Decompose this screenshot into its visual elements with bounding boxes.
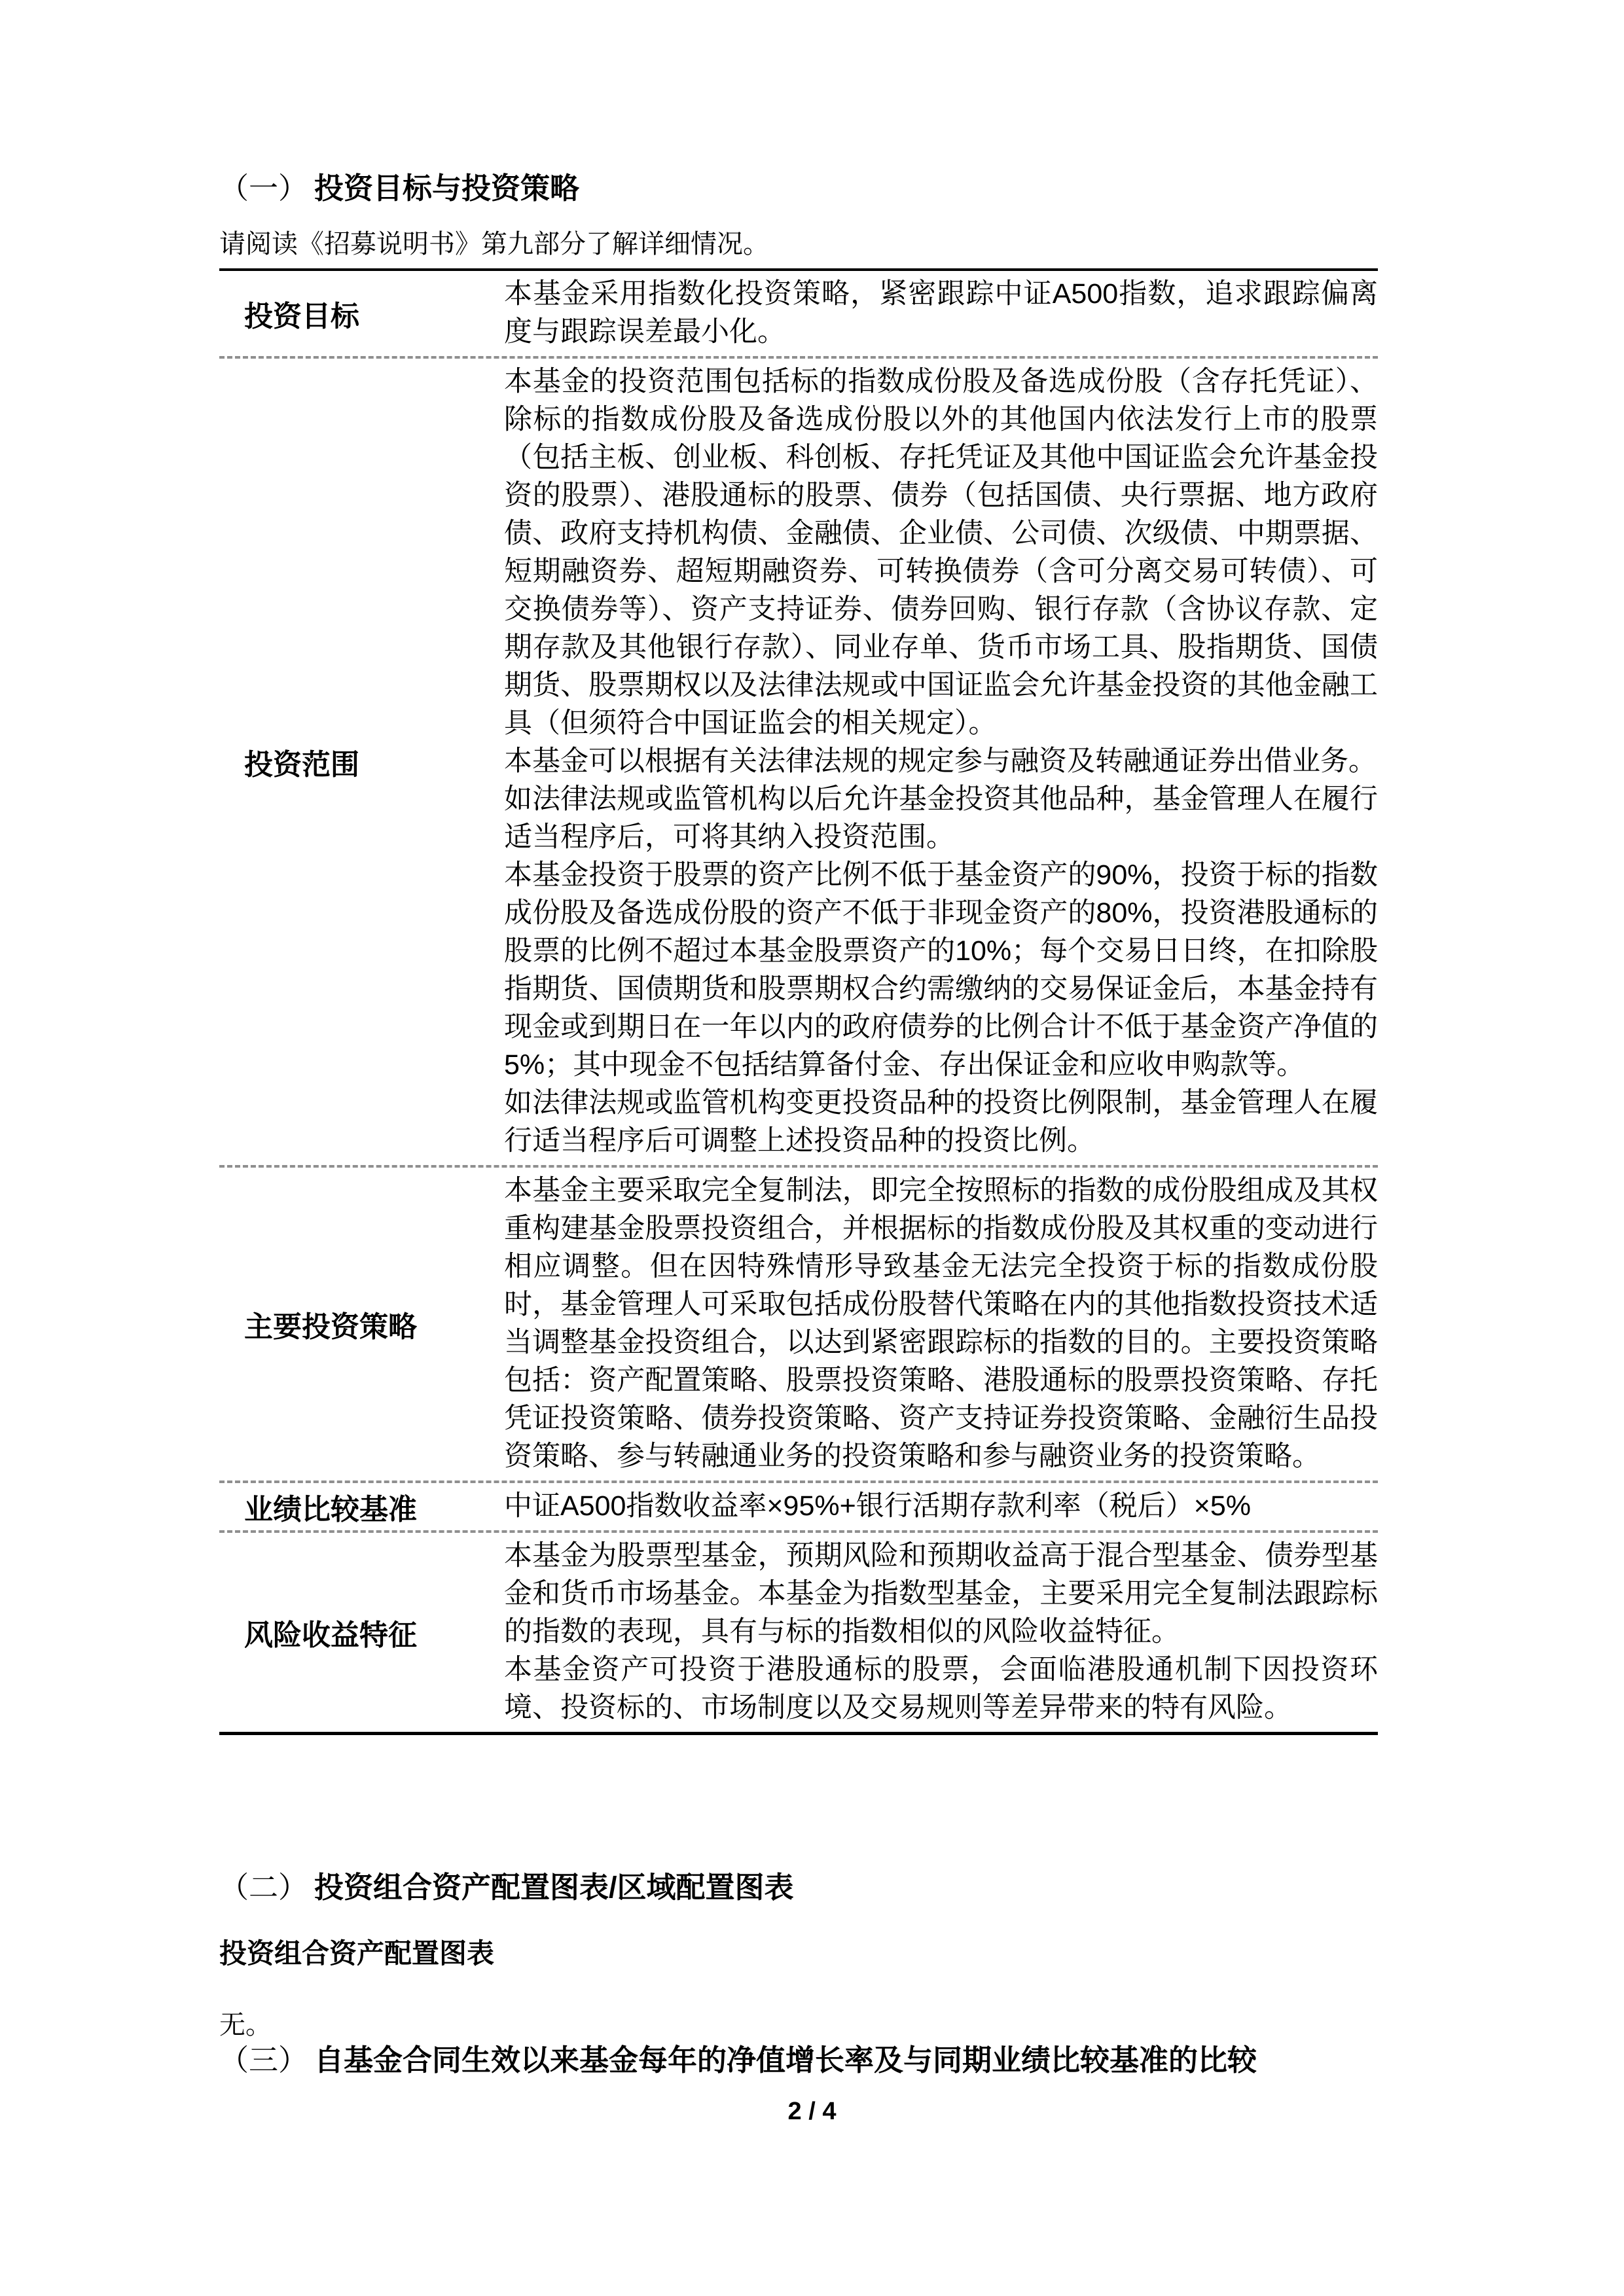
document-page: （一）投资目标与投资策略 请阅读《招募说明书》第九部分了解详细情况。 投资目标 … <box>0 0 1624 2296</box>
section-two-number: （二） <box>219 1871 308 1904</box>
row-content: 本基金采用指数化投资策略，紧密跟踪中证A500指数，追求跟踪偏离度与跟踪误差最小… <box>504 271 1378 356</box>
portfolio-allocation-body: 无。 <box>219 2004 272 2041</box>
table-row-risk-return-profile: 风险收益特征 本基金为股票型基金，预期风险和预期收益高于混合型基金、债券型基金和… <box>219 1530 1378 1732</box>
row-content: 中证A500指数收益率×95%+银行活期存款利率（税后）×5% <box>504 1483 1378 1530</box>
fund-info-table: 投资目标 本基金采用指数化投资策略，紧密跟踪中证A500指数，追求跟踪偏离度与跟… <box>219 268 1378 1735</box>
section-two-title: 投资组合资产配置图表/区域配置图表 <box>314 1871 794 1904</box>
section-two-heading: （二）投资组合资产配置图表/区域配置图表 <box>219 1871 794 1905</box>
paragraph: 本基金的投资范围包括标的指数成份股及备选成份股（含存托凭证）、除标的指数成份股及… <box>504 363 1378 742</box>
section-three-heading: （三）自基金合同生效以来基金每年的净值增长率及与同期业绩比较基准的比较 <box>219 2043 1257 2077</box>
row-label: 投资范围 <box>219 359 504 1165</box>
paragraph: 本基金采用指数化投资策略，紧密跟踪中证A500指数，追求跟踪偏离度与跟踪误差最小… <box>504 275 1378 351</box>
prospectus-note: 请阅读《招募说明书》第九部分了解详细情况。 <box>219 228 769 260</box>
section-three-number: （三） <box>219 2043 308 2077</box>
row-label: 风险收益特征 <box>219 1533 504 1732</box>
paragraph: 本基金资产可投资于港股通标的股票，会面临港股通机制下因投资环境、投资标的、市场制… <box>504 1651 1378 1727</box>
table-row-investment-scope: 投资范围 本基金的投资范围包括标的指数成份股及备选成份股（含存托凭证）、除标的指… <box>219 356 1378 1165</box>
paragraph: 本基金可以根据有关法律法规的规定参与融资及转融通证券出借业务。 <box>504 742 1378 780</box>
portfolio-allocation-subheading: 投资组合资产配置图表 <box>219 1932 494 1971</box>
section-one-heading: （一）投资目标与投资策略 <box>219 171 579 206</box>
row-label: 投资目标 <box>219 271 504 356</box>
row-label: 主要投资策略 <box>219 1168 504 1480</box>
table-row-main-strategy: 主要投资策略 本基金主要采取完全复制法，即完全按照标的指数的成份股组成及其权重构… <box>219 1165 1378 1480</box>
table-row-investment-objective: 投资目标 本基金采用指数化投资策略，紧密跟踪中证A500指数，追求跟踪偏离度与跟… <box>219 271 1378 356</box>
paragraph: 本基金主要采取完全复制法，即完全按照标的指数的成份股组成及其权重构建基金股票投资… <box>504 1172 1378 1475</box>
paragraph: 本基金投资于股票的资产比例不低于基金资产的90%，投资于标的指数成份股及备选成份… <box>504 856 1378 1084</box>
row-content: 本基金为股票型基金，预期风险和预期收益高于混合型基金、债券型基金和货币市场基金。… <box>504 1533 1378 1732</box>
section-three-title: 自基金合同生效以来基金每年的净值增长率及与同期业绩比较基准的比较 <box>314 2043 1257 2077</box>
paragraph: 中证A500指数收益率×95%+银行活期存款利率（税后）×5% <box>504 1487 1378 1525</box>
paragraph: 如法律法规或监管机构变更投资品种的投资比例限制，基金管理人在履行适当程序后可调整… <box>504 1084 1378 1160</box>
row-content: 本基金主要采取完全复制法，即完全按照标的指数的成份股组成及其权重构建基金股票投资… <box>504 1168 1378 1480</box>
row-label: 业绩比较基准 <box>219 1483 504 1530</box>
section-one-title: 投资目标与投资策略 <box>314 171 579 205</box>
section-one-number: （一） <box>219 171 308 205</box>
paragraph: 如法律法规或监管机构以后允许基金投资其他品种，基金管理人在履行适当程序后，可将其… <box>504 780 1378 856</box>
page-number: 2 / 4 <box>0 2098 1624 2126</box>
table-row-performance-benchmark: 业绩比较基准 中证A500指数收益率×95%+银行活期存款利率（税后）×5% <box>219 1480 1378 1530</box>
paragraph: 本基金为股票型基金，预期风险和预期收益高于混合型基金、债券型基金和货币市场基金。… <box>504 1537 1378 1651</box>
row-content: 本基金的投资范围包括标的指数成份股及备选成份股（含存托凭证）、除标的指数成份股及… <box>504 359 1378 1165</box>
